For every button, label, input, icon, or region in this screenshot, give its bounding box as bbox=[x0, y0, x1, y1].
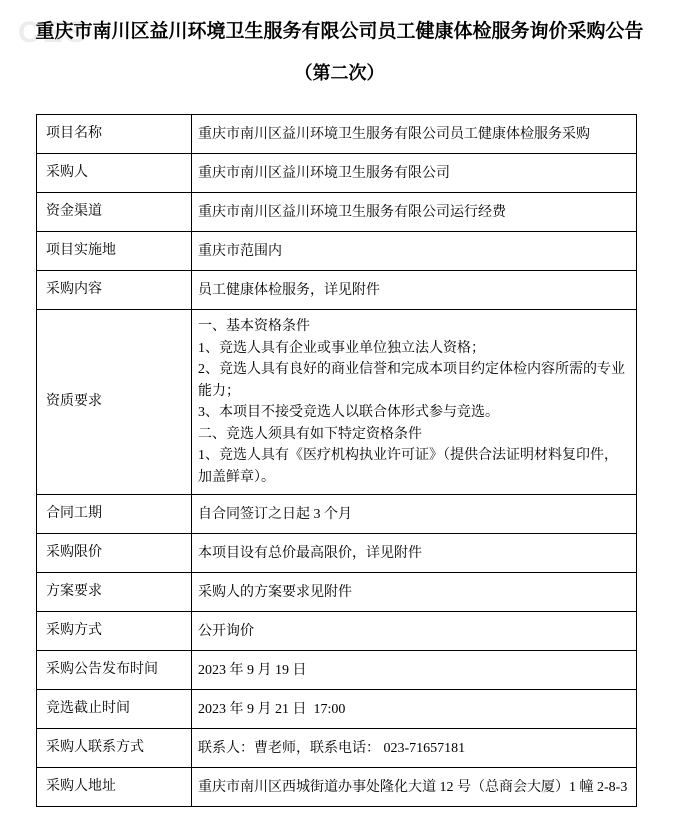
row-label: 合同工期 bbox=[37, 495, 192, 534]
row-value: 重庆市南川区益川环境卫生服务有限公司员工健康体检服务采购 bbox=[192, 115, 637, 154]
row-value: 2023 年 9 月 19 日 bbox=[192, 651, 637, 690]
row-value: 本项目设有总价最高限价，详见附件 bbox=[192, 534, 637, 573]
table-row: 采购人联系方式联系人：曹老师，联系电话： 023-71657181 bbox=[37, 729, 637, 768]
row-value: 联系人：曹老师，联系电话： 023-71657181 bbox=[192, 729, 637, 768]
table-row: 采购人重庆市南川区益川环境卫生服务有限公司 bbox=[37, 154, 637, 193]
table-row: 资金渠道重庆市南川区益川环境卫生服务有限公司运行经费 bbox=[37, 193, 637, 232]
row-value-line: 一、基本资格条件 bbox=[198, 316, 628, 338]
announcement-page: { "watermark": "CES", "title": { "line1"… bbox=[0, 0, 679, 826]
row-value: 2023 年 9 月 21 日 17:00 bbox=[192, 690, 637, 729]
table-row: 采购公告发布时间2023 年 9 月 19 日 bbox=[37, 651, 637, 690]
row-value: 重庆市南川区西城街道办事处隆化大道 12 号（总商会大厦）1 幢 2-8-3 bbox=[192, 768, 637, 807]
row-value: 一、基本资格条件1、竞选人具有企业或事业单位独立法人资格；2、竞选人具有良好的商… bbox=[192, 310, 637, 495]
row-value-line: 二、竞选人须具有如下特定资格条件 bbox=[198, 424, 628, 446]
table-row: 方案要求采购人的方案要求见附件 bbox=[37, 573, 637, 612]
row-label: 竞选截止时间 bbox=[37, 690, 192, 729]
table-row: 采购方式公开询价 bbox=[37, 612, 637, 651]
row-label: 采购人地址 bbox=[37, 768, 192, 807]
row-label: 采购公告发布时间 bbox=[37, 651, 192, 690]
row-value: 采购人的方案要求见附件 bbox=[192, 573, 637, 612]
row-value: 公开询价 bbox=[192, 612, 637, 651]
row-label: 采购方式 bbox=[37, 612, 192, 651]
row-label: 资质要求 bbox=[37, 310, 192, 495]
row-value: 重庆市范围内 bbox=[192, 232, 637, 271]
table-row: 合同工期自合同签订之日起 3 个月 bbox=[37, 495, 637, 534]
row-label: 项目实施地 bbox=[37, 232, 192, 271]
table-row: 项目名称重庆市南川区益川环境卫生服务有限公司员工健康体检服务采购 bbox=[37, 115, 637, 154]
row-label: 采购人 bbox=[37, 154, 192, 193]
page-title: 重庆市南川区益川环境卫生服务有限公司员工健康体检服务询价采购公告 bbox=[0, 20, 679, 44]
row-label: 采购限价 bbox=[37, 534, 192, 573]
page-subtitle: （第二次） bbox=[0, 61, 679, 85]
row-label: 项目名称 bbox=[37, 115, 192, 154]
table-row: 项目实施地重庆市范围内 bbox=[37, 232, 637, 271]
row-value-line: 3、本项目不接受竞选人以联合体形式参与竞选。 bbox=[198, 402, 628, 424]
announcement-table: 项目名称重庆市南川区益川环境卫生服务有限公司员工健康体检服务采购采购人重庆市南川… bbox=[36, 114, 637, 807]
row-value: 重庆市南川区益川环境卫生服务有限公司 bbox=[192, 154, 637, 193]
table-row: 采购限价本项目设有总价最高限价，详见附件 bbox=[37, 534, 637, 573]
table-row: 资质要求一、基本资格条件1、竞选人具有企业或事业单位独立法人资格；2、竞选人具有… bbox=[37, 310, 637, 495]
row-value-line: 2、竞选人具有良好的商业信誉和完成本项目约定体检内容所需的专业能力； bbox=[198, 359, 628, 402]
row-value-line: 1、竞选人具有《医疗机构执业许可证》（提供合法证明材料复印件，加盖鲜章）。 bbox=[198, 445, 628, 488]
row-value: 员工健康体检服务，详见附件 bbox=[192, 271, 637, 310]
row-value: 自合同签订之日起 3 个月 bbox=[192, 495, 637, 534]
table-row: 采购内容员工健康体检服务，详见附件 bbox=[37, 271, 637, 310]
row-value-line: 1、竞选人具有企业或事业单位独立法人资格； bbox=[198, 338, 628, 360]
row-label: 采购内容 bbox=[37, 271, 192, 310]
announcement-table-body: 项目名称重庆市南川区益川环境卫生服务有限公司员工健康体检服务采购采购人重庆市南川… bbox=[37, 115, 637, 807]
row-label: 采购人联系方式 bbox=[37, 729, 192, 768]
row-value: 重庆市南川区益川环境卫生服务有限公司运行经费 bbox=[192, 193, 637, 232]
title-block: 重庆市南川区益川环境卫生服务有限公司员工健康体检服务询价采购公告 （第二次） bbox=[0, 20, 679, 85]
row-label: 资金渠道 bbox=[37, 193, 192, 232]
table-row: 采购人地址重庆市南川区西城街道办事处隆化大道 12 号（总商会大厦）1 幢 2-… bbox=[37, 768, 637, 807]
table-row: 竞选截止时间2023 年 9 月 21 日 17:00 bbox=[37, 690, 637, 729]
row-label: 方案要求 bbox=[37, 573, 192, 612]
